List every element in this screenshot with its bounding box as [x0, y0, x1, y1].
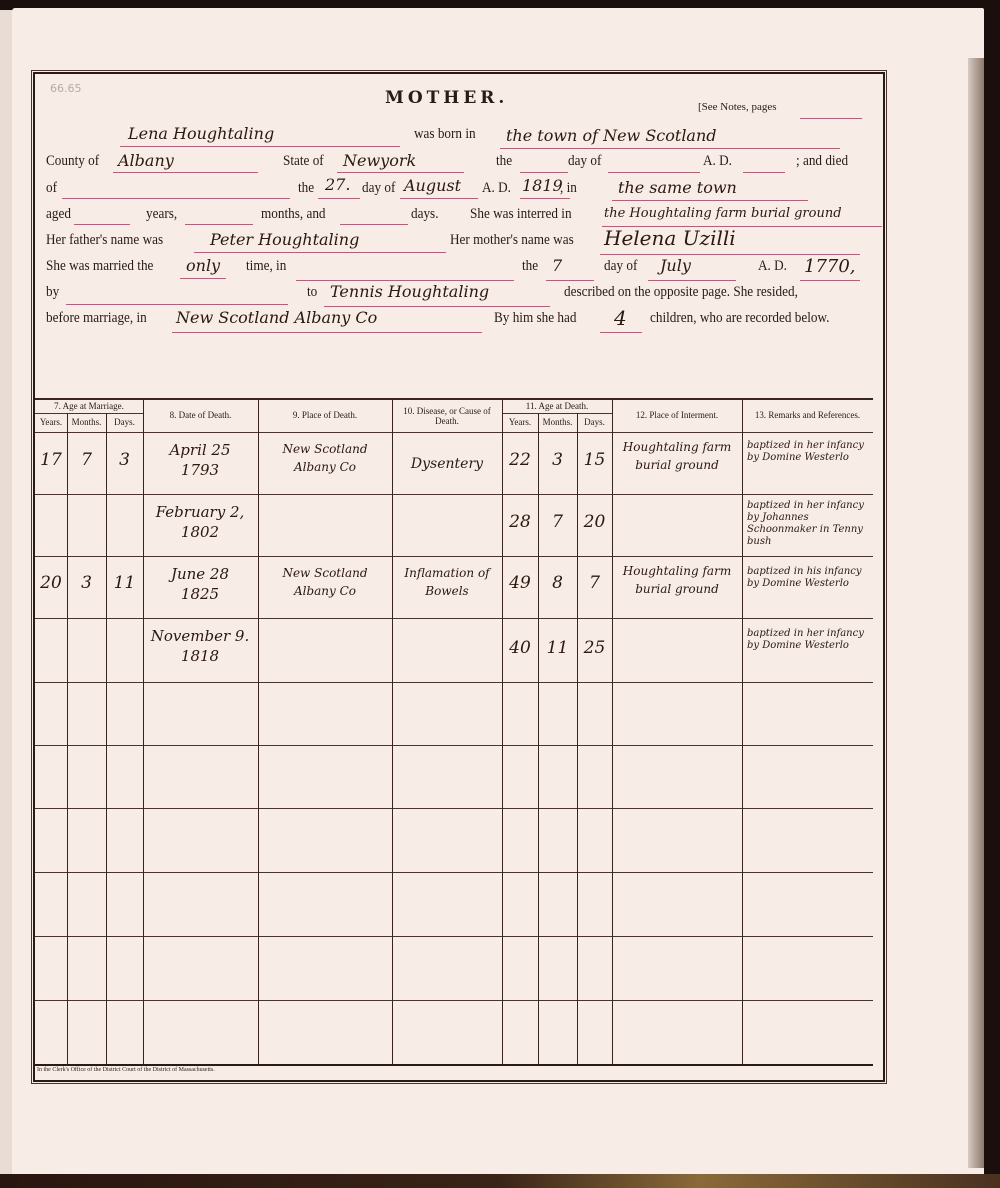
- col-line: [67, 413, 68, 1064]
- state-label: State of: [283, 153, 324, 170]
- header-disease: 10. Disease, or Cause of Death.: [402, 406, 492, 426]
- married-month-value: July: [660, 256, 691, 275]
- and-died-label: ; and died: [796, 153, 848, 170]
- row3-place-of-death: New Scotland Albany Co: [262, 564, 388, 600]
- married-ad-label: A. D.: [758, 258, 787, 275]
- see-notes-label: [See Notes, pages: [698, 101, 777, 113]
- row3-am-days: 11: [106, 575, 143, 592]
- header-age-at-death: 11. Age at Death.: [502, 401, 612, 411]
- col-line: [742, 398, 743, 1064]
- row3-date-of-death: June 28 1825: [150, 564, 250, 604]
- death-the-label: the: [298, 180, 314, 197]
- table-bottom-border: [35, 1064, 873, 1066]
- married-month-field[interactable]: [648, 280, 736, 281]
- before-marriage-label: before marriage, in: [46, 310, 147, 327]
- death-of-field[interactable]: [62, 198, 290, 199]
- row3-disease: Inflamation of Bowels: [396, 564, 498, 600]
- birth-month-field[interactable]: [608, 172, 700, 173]
- col-line: [538, 413, 539, 1064]
- death-day-value: 27.: [325, 175, 350, 194]
- row-line: [35, 1000, 873, 1001]
- birth-ad-label: A. D.: [703, 153, 732, 170]
- row-line: [35, 936, 873, 937]
- row3-remarks: baptized in his infancy by Domine Wester…: [747, 566, 869, 590]
- death-place-field[interactable]: [612, 200, 808, 201]
- header-am-years: Years.: [35, 417, 67, 427]
- col-line: [258, 398, 259, 1064]
- row2-date-of-death: February 2, 1802: [150, 502, 250, 542]
- header-am-months: Months.: [67, 417, 106, 427]
- married-day-value: 7: [552, 256, 562, 275]
- aged-months-field[interactable]: [185, 224, 253, 225]
- death-place-value: the same town: [618, 178, 737, 197]
- birth-the-label: the: [496, 153, 512, 170]
- row2-remarks: baptized in her infancy by Johannes Scho…: [747, 500, 869, 548]
- col-line: [502, 398, 503, 1064]
- header-ad-days: Days.: [577, 417, 612, 427]
- interred-value: the Houghtaling farm burial ground: [604, 206, 842, 221]
- interred-label: She was interred in: [470, 206, 572, 223]
- birth-year-field[interactable]: [743, 172, 785, 173]
- residence-field[interactable]: [172, 332, 482, 333]
- of-label: of: [46, 180, 57, 197]
- birth-place-field[interactable]: [500, 148, 840, 149]
- row-line: [35, 556, 873, 557]
- see-notes-field[interactable]: [800, 118, 862, 119]
- row1-am-years: 17: [35, 452, 67, 469]
- death-month-value: August: [404, 176, 461, 195]
- page-gutter: [0, 10, 12, 1180]
- county-label: County of: [46, 153, 99, 170]
- row2-ad-years: 28: [502, 514, 538, 531]
- father-field[interactable]: [194, 252, 446, 253]
- name-field[interactable]: [120, 146, 400, 147]
- married-label: She was married the: [46, 258, 153, 275]
- death-year-field[interactable]: [520, 198, 570, 199]
- pencil-annotation: 66.65: [50, 82, 82, 95]
- header-remarks: 13. Remarks and References.: [742, 410, 873, 420]
- form-title: MOTHER.: [385, 88, 508, 108]
- col-line: [106, 413, 107, 1064]
- was-born-in-label: was born in: [414, 126, 476, 143]
- header-am-days: Days.: [106, 417, 143, 427]
- county-field[interactable]: [113, 172, 258, 173]
- row3-ad-days: 7: [577, 575, 612, 592]
- age-death-subheader-line: [502, 413, 612, 414]
- row1-place-of-death: New Scotland Albany Co: [262, 440, 388, 476]
- by-officiant-field[interactable]: [66, 304, 288, 305]
- county-value: Albany: [118, 151, 174, 170]
- row3-internment: Houghtaling farm burial ground: [618, 562, 736, 598]
- death-ad-label: A. D.: [482, 180, 511, 197]
- row1-remarks: baptized in her infancy by Domine Wester…: [747, 440, 869, 464]
- death-year-value: 1819: [522, 176, 563, 195]
- aged-label: aged: [46, 206, 71, 223]
- days-label: days.: [411, 206, 439, 223]
- married-day-field[interactable]: [546, 280, 594, 281]
- time-in-label: time, in: [246, 258, 286, 275]
- aged-years-field[interactable]: [74, 224, 130, 225]
- row1-am-days: 3: [106, 452, 143, 469]
- state-field[interactable]: [337, 172, 464, 173]
- row2-ad-months: 7: [538, 514, 577, 531]
- row-line: [35, 745, 873, 746]
- described-label: described on the opposite page. She resi…: [564, 284, 798, 301]
- years-label: years,: [146, 206, 177, 223]
- header-place-of-internment: 12. Place of Interment.: [612, 410, 742, 420]
- aged-days-field[interactable]: [340, 224, 408, 225]
- row4-remarks: baptized in her infancy by Domine Wester…: [747, 628, 869, 652]
- children-label: children, who are recorded below.: [650, 310, 829, 327]
- death-day-of-label: day of: [362, 180, 395, 197]
- row1-ad-months: 3: [538, 452, 577, 469]
- married-year-value: 1770,: [804, 256, 856, 277]
- months-label: months, and: [261, 206, 326, 223]
- row4-ad-days: 25: [577, 640, 612, 657]
- row-line: [35, 872, 873, 873]
- row-line: [35, 682, 873, 683]
- married-day-of-label: day of: [604, 258, 637, 275]
- col-line: [392, 398, 393, 1064]
- mother-label: Her mother's name was: [450, 232, 574, 249]
- row1-am-months: 7: [67, 452, 106, 469]
- row4-ad-months: 11: [538, 640, 577, 657]
- father-label: Her father's name was: [46, 232, 163, 249]
- row1-date-of-death: April 25 1793: [150, 440, 250, 480]
- married-place-field[interactable]: [296, 280, 514, 281]
- row3-am-months: 3: [67, 575, 106, 592]
- father-value: Peter Houghtaling: [210, 230, 359, 249]
- row-line: [35, 618, 873, 619]
- row4-ad-years: 40: [502, 640, 538, 657]
- residence-value: New Scotland Albany Co: [176, 308, 377, 327]
- row-line: [35, 808, 873, 809]
- col-line: [143, 398, 144, 1064]
- row-line: [35, 494, 873, 495]
- row4-date-of-death: November 9. 1818: [150, 626, 250, 666]
- birth-day-of-label: day of: [568, 153, 601, 170]
- header-age-at-marriage: 7. Age at Marriage.: [35, 401, 143, 411]
- age-marriage-subheader-line: [35, 413, 143, 414]
- mother-value: Helena Uzilli: [604, 226, 736, 250]
- header-place-of-death: 9. Place of Death.: [258, 410, 392, 420]
- to-label: to: [307, 284, 317, 301]
- row2-ad-days: 20: [577, 514, 612, 531]
- married-year-field[interactable]: [800, 280, 860, 281]
- row3-ad-years: 49: [502, 575, 538, 592]
- header-bottom-line: [35, 432, 873, 433]
- col-line: [612, 398, 613, 1064]
- page-stack-edge: [968, 58, 984, 1168]
- header-ad-months: Months.: [538, 417, 577, 427]
- death-day-field[interactable]: [318, 198, 360, 199]
- row1-ad-years: 22: [502, 452, 538, 469]
- spouse-field[interactable]: [324, 306, 550, 307]
- copyright-notice: In the Clerk's Office of the District Co…: [37, 1067, 215, 1073]
- col-line: [577, 413, 578, 1064]
- mother-name-value: Lena Houghtaling: [128, 124, 274, 143]
- children-count-field[interactable]: [600, 332, 642, 333]
- birth-day-field[interactable]: [520, 172, 568, 173]
- header-ad-years: Years.: [502, 417, 538, 427]
- married-the-label: the: [522, 258, 538, 275]
- death-month-field[interactable]: [400, 198, 478, 199]
- row3-ad-months: 8: [538, 575, 577, 592]
- birth-place-value: the town of New Scotland: [506, 126, 717, 145]
- header-date-of-death: 8. Date of Death.: [143, 410, 258, 420]
- married-time-value: only: [186, 256, 220, 275]
- death-in-label: , in: [560, 180, 577, 197]
- spouse-value: Tennis Houghtaling: [330, 282, 489, 301]
- mother-field[interactable]: [600, 254, 860, 255]
- state-value: Newyork: [343, 151, 416, 170]
- by-label: by: [46, 284, 59, 301]
- table-top-border: [35, 398, 873, 400]
- row1-internment: Houghtaling farm burial ground: [618, 438, 736, 474]
- book-cover-bottom: [0, 1174, 1000, 1188]
- row1-ad-days: 15: [577, 452, 612, 469]
- children-count-value: 4: [614, 306, 627, 330]
- row1-disease: Dysentery: [396, 455, 498, 473]
- by-him-label: By him she had: [494, 310, 577, 327]
- married-time-field[interactable]: [180, 278, 226, 279]
- row3-am-years: 20: [35, 575, 67, 592]
